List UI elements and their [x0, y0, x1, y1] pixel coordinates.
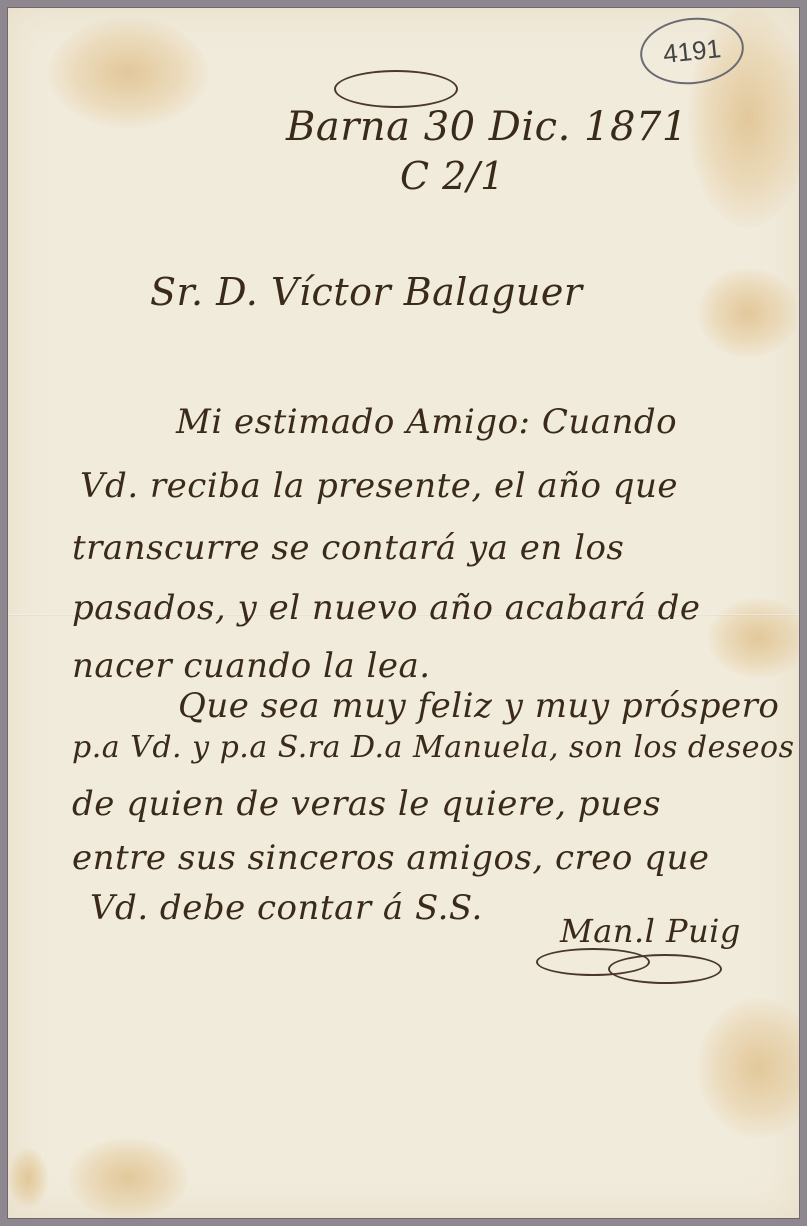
body-line: de quien de veras le quiere, pues [72, 784, 661, 824]
body-line: Vd. reciba la presente, el año que [80, 466, 678, 506]
body-line: Que sea muy feliz y muy próspero [178, 686, 779, 726]
body-line: entre sus sinceros amigos, creo que [72, 838, 710, 878]
signature-flourish-icon [608, 954, 722, 984]
catalog-number: 4191 [662, 33, 723, 70]
header-flourish-icon [334, 70, 458, 108]
signature: Man.l Puig [560, 912, 741, 950]
letter-page: 4191 Barna 30 Dic. 1871 C 2/1 Sr. D. Víc… [8, 8, 799, 1218]
body-line: p.a Vd. y p.a S.ra D.a Manuela, son los … [72, 730, 795, 765]
body-line: pasados, y el nuevo año acabará de [72, 588, 701, 628]
body-line: Vd. debe contar á S.S. [90, 888, 483, 928]
foxing-stain [68, 1138, 188, 1218]
place-date: Barna 30 Dic. 1871 [286, 104, 688, 150]
body-line: transcurre se contará ya en los [72, 528, 624, 568]
foxing-stain [698, 268, 798, 358]
body-line: Mi estimado Amigo: Cuando [176, 402, 677, 442]
foxing-stain [698, 998, 799, 1138]
foxing-stain [8, 1148, 48, 1208]
foxing-stain [48, 18, 208, 128]
salutation: Sr. D. Víctor Balaguer [150, 270, 583, 314]
header-annotation: C 2/1 [400, 154, 505, 198]
foxing-stain [708, 598, 799, 678]
body-line: nacer cuando la lea. [72, 646, 431, 686]
